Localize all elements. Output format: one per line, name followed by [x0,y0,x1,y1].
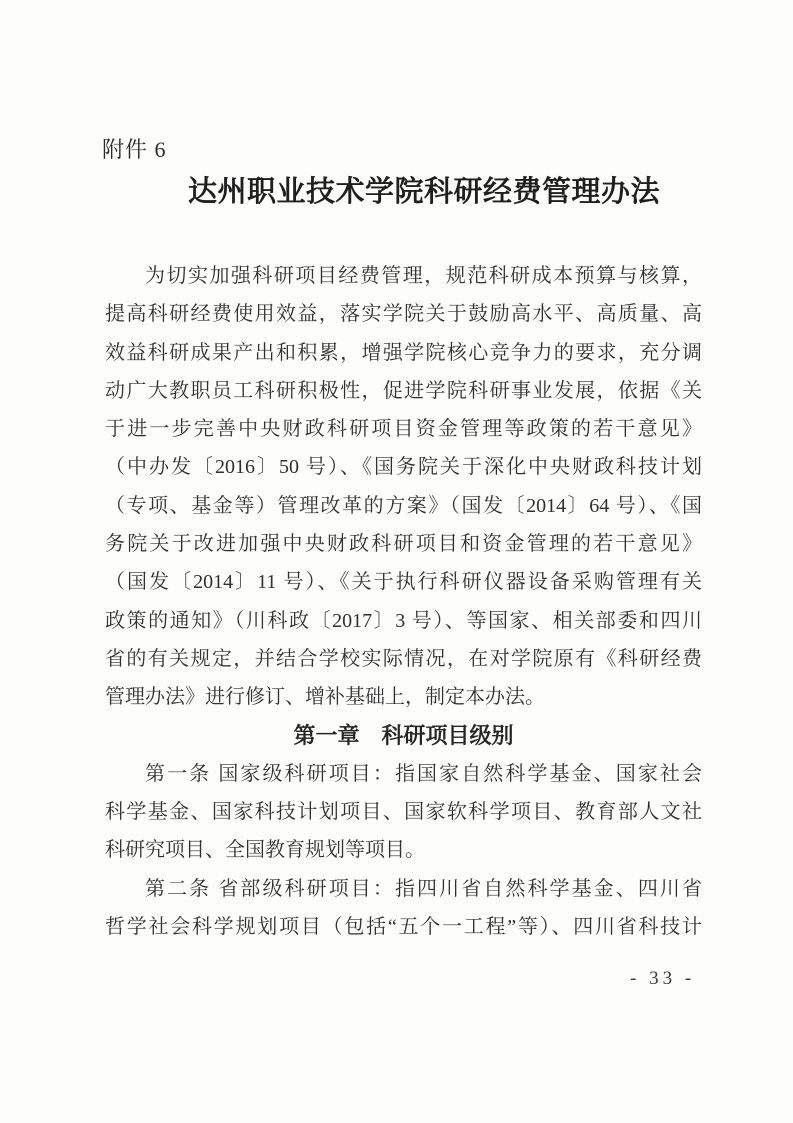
document-title: 达州职业技术学院科研经费管理办法 [188,169,660,210]
intro-line: 管理办法》进行修订、增补基础上，制定本办法。 [105,678,702,716]
article-2-line: 哲学社会科学规划项目（包括“五个一工程”等）、四川省科技计 [105,908,702,946]
intro-line: 政策的通知》（川科政〔2017〕3 号）、等国家、相关部委和四川 [105,602,702,640]
page-number: - 33 - [630,968,695,990]
article-1-line: 第一条 国家级科研项目：指国家自然科学基金、国家社会 [105,755,702,793]
intro-line: 提高科研经费使用效益，落实学院关于鼓励高水平、高质量、高 [105,295,702,333]
intro-line: （专项、基金等）管理改革的方案》（国发〔2014〕64 号）、《国 [105,487,702,525]
intro-line: （国发〔2014〕11 号）、《关于执行科研仪器设备采购管理有关 [105,563,702,601]
intro-line: 效益科研成果产出和积累，增强学院核心竞争力的要求，充分调 [105,334,702,372]
article-1-line: 科研究项目、全国教育规划等项目。 [105,831,702,869]
intro-line: （中办发〔2016〕50 号）、《国务院关于深化中央财政科技计划 [105,448,702,486]
intro-line: 动广大教职员工科研积极性，促进学院科研事业发展，依据《关 [105,372,702,410]
document-body: 为切实加强科研项目经费管理，规范科研成本预算与核算， 提高科研经费使用效益，落实… [105,257,702,946]
chapter-1-heading: 第一章 科研项目级别 [105,717,702,755]
article-2-line: 第二条 省部级科研项目：指四川省自然科学基金、四川省 [105,870,702,908]
attachment-label: 附件 6 [102,133,167,164]
intro-line: 为切实加强科研项目经费管理，规范科研成本预算与核算， [105,257,702,295]
document-page: 附件 6 达州职业技术学院科研经费管理办法 为切实加强科研项目经费管理，规范科研… [0,0,793,1123]
intro-line: 于进一步完善中央财政科研项目资金管理等政策的若干意见》 [105,410,702,448]
article-1-line: 科学基金、国家科技计划项目、国家软科学项目、教育部人文社 [105,793,702,831]
intro-line: 省的有关规定，并结合学校实际情况，在对学院原有《科研经费 [105,640,702,678]
intro-line: 务院关于改进加强中央财政科研项目和资金管理的若干意见》 [105,525,702,563]
